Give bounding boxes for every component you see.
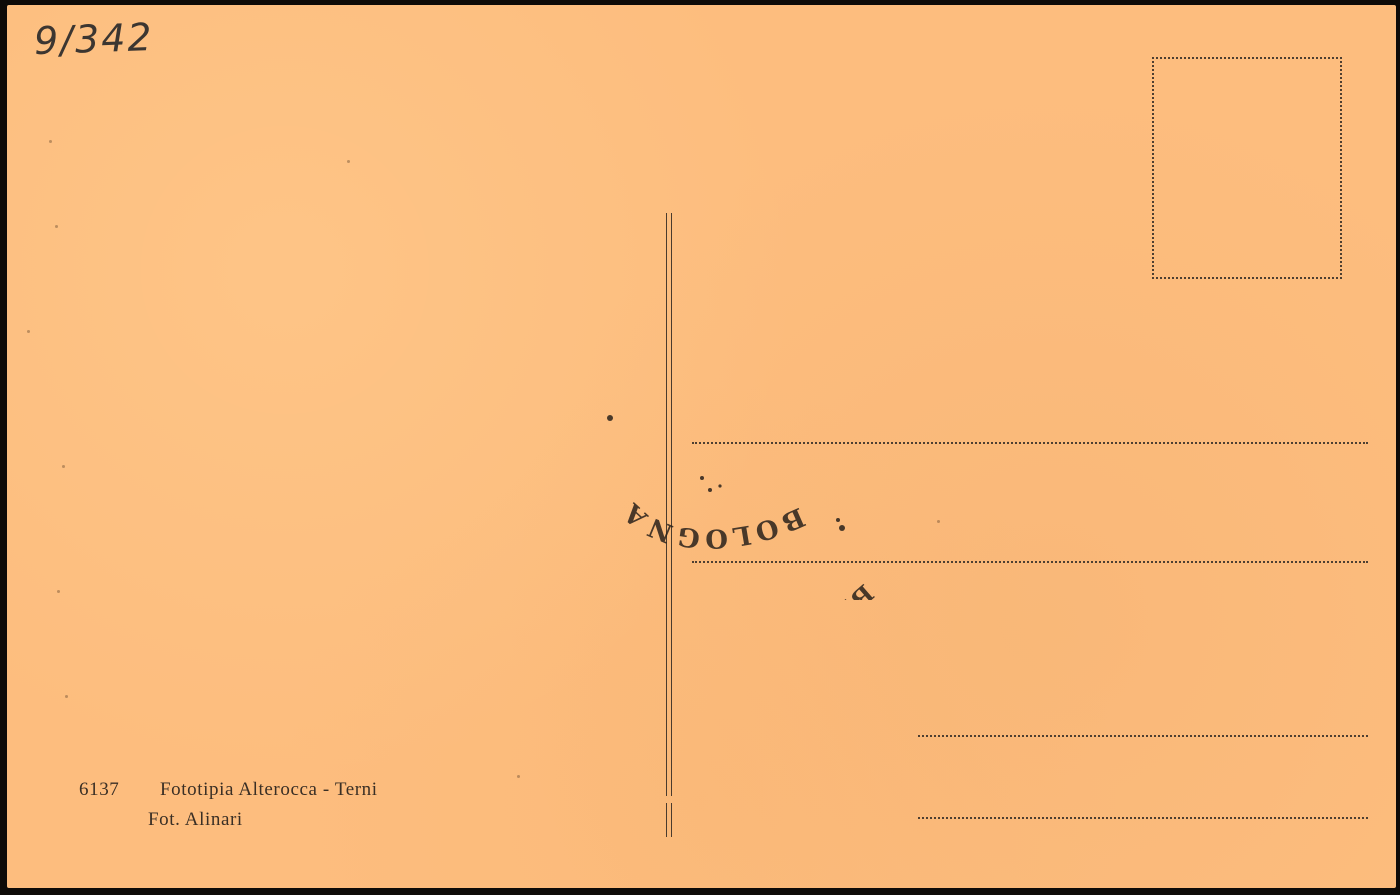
- library-ownership-stamp: BIBLIOTECA UNIVERSITÀ BOLOGNA: [542, 390, 892, 600]
- imprint-number: 6137: [79, 779, 119, 801]
- paper-speck: [55, 225, 58, 228]
- center-divider-foot: [666, 803, 672, 837]
- paper-speck: [57, 590, 60, 593]
- paper-speck: [27, 330, 30, 333]
- imprint-publisher: Fototipia Alterocca - Terni: [160, 779, 378, 801]
- address-line-3: [918, 735, 1368, 737]
- postage-stamp-box: [1152, 57, 1342, 279]
- paper-speck: [65, 695, 68, 698]
- svg-text:BOLOGNA: BOLOGNA: [615, 494, 809, 553]
- imprint-photographer: Fot. Alinari: [148, 809, 243, 831]
- svg-text:BIBLIOTECA UNIVERSITÀ: BIBLIOTECA UNIVERSITÀ: [542, 559, 879, 600]
- paper-speck: [517, 775, 520, 778]
- stamp-inner-text: BOLOGNA: [615, 494, 809, 553]
- stamp-outer-text: BIBLIOTECA UNIVERSITÀ: [542, 559, 879, 600]
- handwritten-catalog-number: 9/342: [33, 15, 154, 63]
- paper-speck: [937, 520, 940, 523]
- paper-speck: [347, 160, 350, 163]
- postcard-back: 9/342 BIBLIOTECA UNIVERSITÀ BOLOGNA: [7, 5, 1396, 888]
- address-line-4: [918, 817, 1368, 819]
- paper-speck: [49, 140, 52, 143]
- paper-speck: [62, 465, 65, 468]
